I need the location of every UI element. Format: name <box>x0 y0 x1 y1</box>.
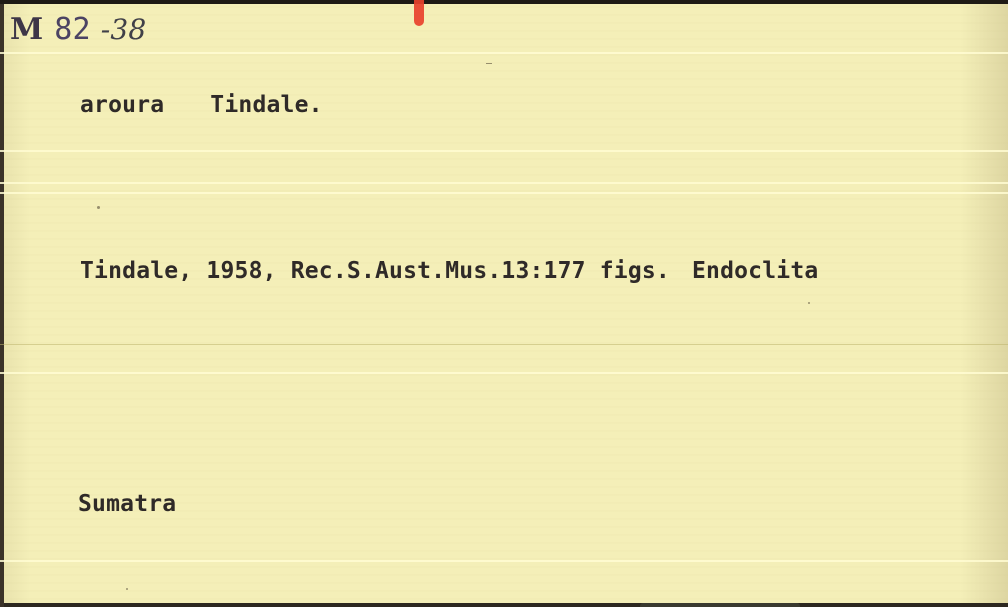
card-rule <box>0 150 1008 152</box>
locality: Sumatra <box>78 491 176 517</box>
index-card: M82-38 arouraTindale. Tindale, 1958, Rec… <box>0 0 1008 607</box>
card-clip-shadow <box>640 603 800 607</box>
paper-speck <box>486 63 492 64</box>
card-rule <box>0 560 1008 562</box>
call-number-stamp: M <box>10 12 40 47</box>
citation-reference: Tindale, 1958, Rec.S.Aust.Mus.13:177 fig… <box>80 258 670 284</box>
call-number: M82-38 <box>10 12 146 47</box>
red-tab-marker <box>414 0 424 26</box>
card-rule <box>0 192 1008 194</box>
card-rule <box>0 52 1008 54</box>
species-name: aroura <box>80 92 164 118</box>
call-number-digits: 82 <box>54 12 91 47</box>
species-author: Tindale. <box>210 92 322 118</box>
card-rule <box>0 372 1008 374</box>
card-rule <box>0 344 1008 345</box>
genus-name: Endoclita <box>692 258 818 284</box>
citation-line: Tindale, 1958, Rec.S.Aust.Mus.13:177 fig… <box>80 258 818 284</box>
species-name-line: arouraTindale. <box>80 92 323 118</box>
card-rule <box>0 182 1008 184</box>
handwritten-suffix: -38 <box>101 13 147 46</box>
paper-speck <box>97 206 100 209</box>
paper-speck <box>808 302 810 304</box>
paper-speck <box>126 588 128 590</box>
